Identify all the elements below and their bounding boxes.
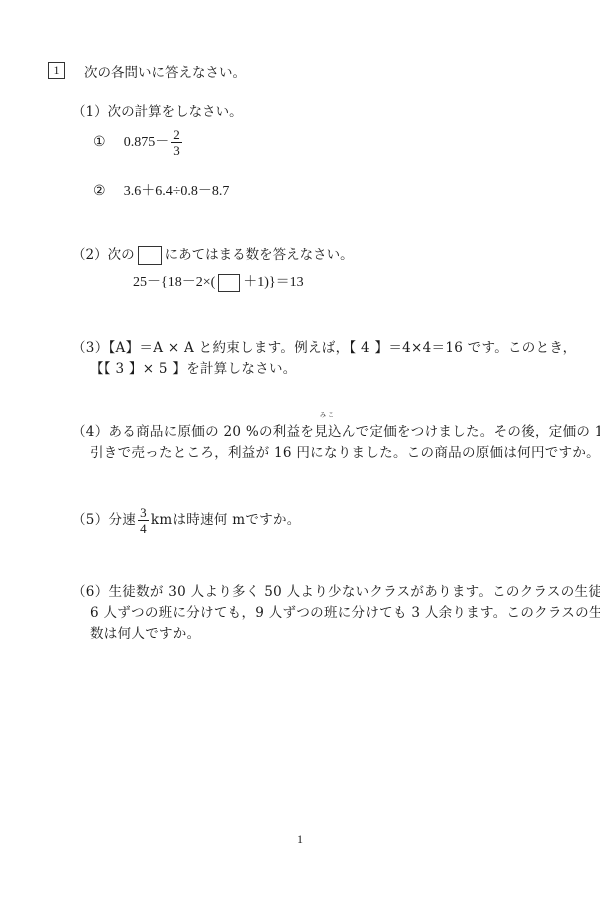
question-1: （1）次の計算をしなさい。: [72, 100, 243, 120]
question-3-label: （3）: [72, 340, 109, 356]
question-3-text-1: 【A】＝A × A と約束します。例えば，【 4 】＝4×4＝16 です。このと…: [109, 340, 577, 356]
equation-before: 25－{18－2×(: [133, 275, 215, 290]
fraction: 23: [171, 128, 182, 157]
question-6-text-1: 生徒数が 30 人より多く 50 人より少ないクラスがあります。このクラスの生徒…: [109, 584, 600, 600]
item-marker: ①: [93, 134, 106, 150]
question-6-line-1: （6）生徒数が 30 人より多く 50 人より少ないクラスがあります。このクラス…: [72, 580, 600, 600]
question-3-line-1: （3）【A】＝A × A と約束します。例えば，【 4 】＝4×4＝16 です。…: [72, 336, 576, 356]
section-heading: 次の各問いに答えなさい。: [84, 61, 246, 81]
ruby-reading: みこ: [314, 410, 342, 419]
ruby-base: 見込: [314, 424, 342, 440]
fraction-numerator: 2: [171, 128, 182, 143]
item-marker: ②: [93, 183, 106, 199]
equation-after: ＋1)}＝13: [243, 275, 303, 290]
expression: 3.6＋6.4÷0.8－8.7: [124, 184, 230, 199]
question-2-equation: 25－{18－2×(＋1)}＝13: [133, 271, 304, 292]
expression-prefix: 0.875－: [124, 135, 170, 150]
page-number: 1: [297, 832, 303, 847]
question-3-line-2: 【【 3 】× 5 】を計算しなさい。: [90, 357, 297, 377]
question-2-prompt-before: 次の: [108, 247, 135, 263]
question-4-label: （4）: [72, 424, 109, 440]
section-number-box: 1: [48, 62, 65, 79]
question-6-label: （6）: [72, 584, 109, 600]
question-1-item-2: ② 3.6＋6.4÷0.8－8.7: [93, 180, 229, 200]
question-1-prompt: 次の計算をしなさい。: [108, 104, 243, 120]
question-5-suffix: kmは時速何 mですか。: [151, 512, 301, 528]
question-2: （2）次のにあてはまる数を答えなさい。: [72, 243, 354, 265]
question-6-line-3: 数は何人ですか。: [90, 622, 200, 642]
question-6-line-2: 6 人ずつの班に分けても，9 人ずつの班に分けても 3 人余ります。このクラスの…: [90, 601, 600, 621]
question-2-prompt-after: にあてはまる数を答えなさい。: [165, 247, 354, 263]
question-5: （5）分速34kmは時速何 mですか。: [72, 506, 301, 535]
fraction-denominator: 4: [138, 521, 149, 535]
answer-blank-box: [138, 246, 162, 265]
fraction-denominator: 3: [171, 143, 182, 157]
question-4-line-1: （4）ある商品に原価の 20 %の利益をみこ見込んで定価をつけました。その後，定…: [72, 420, 600, 440]
question-1-item-1: ① 0.875－23: [93, 128, 184, 157]
question-1-label: （1）: [72, 104, 108, 120]
ruby-word: みこ見込: [314, 420, 342, 440]
question-4-line-2: 引きで売ったところ，利益が 16 円になりました。この商品の原価は何円ですか。: [90, 441, 600, 461]
fraction: 34: [138, 506, 149, 535]
question-4-text-1a: ある商品に原価の 20 %の利益を: [109, 424, 315, 440]
fraction-numerator: 3: [138, 506, 149, 521]
question-4-text-1b: んで定価をつけました。その後，定価の 1 割: [342, 424, 600, 440]
question-5-label: （5）: [72, 512, 109, 528]
equation-blank-box: [218, 274, 240, 292]
question-5-prefix: 分速: [109, 512, 137, 528]
question-2-label: （2）: [72, 247, 108, 263]
